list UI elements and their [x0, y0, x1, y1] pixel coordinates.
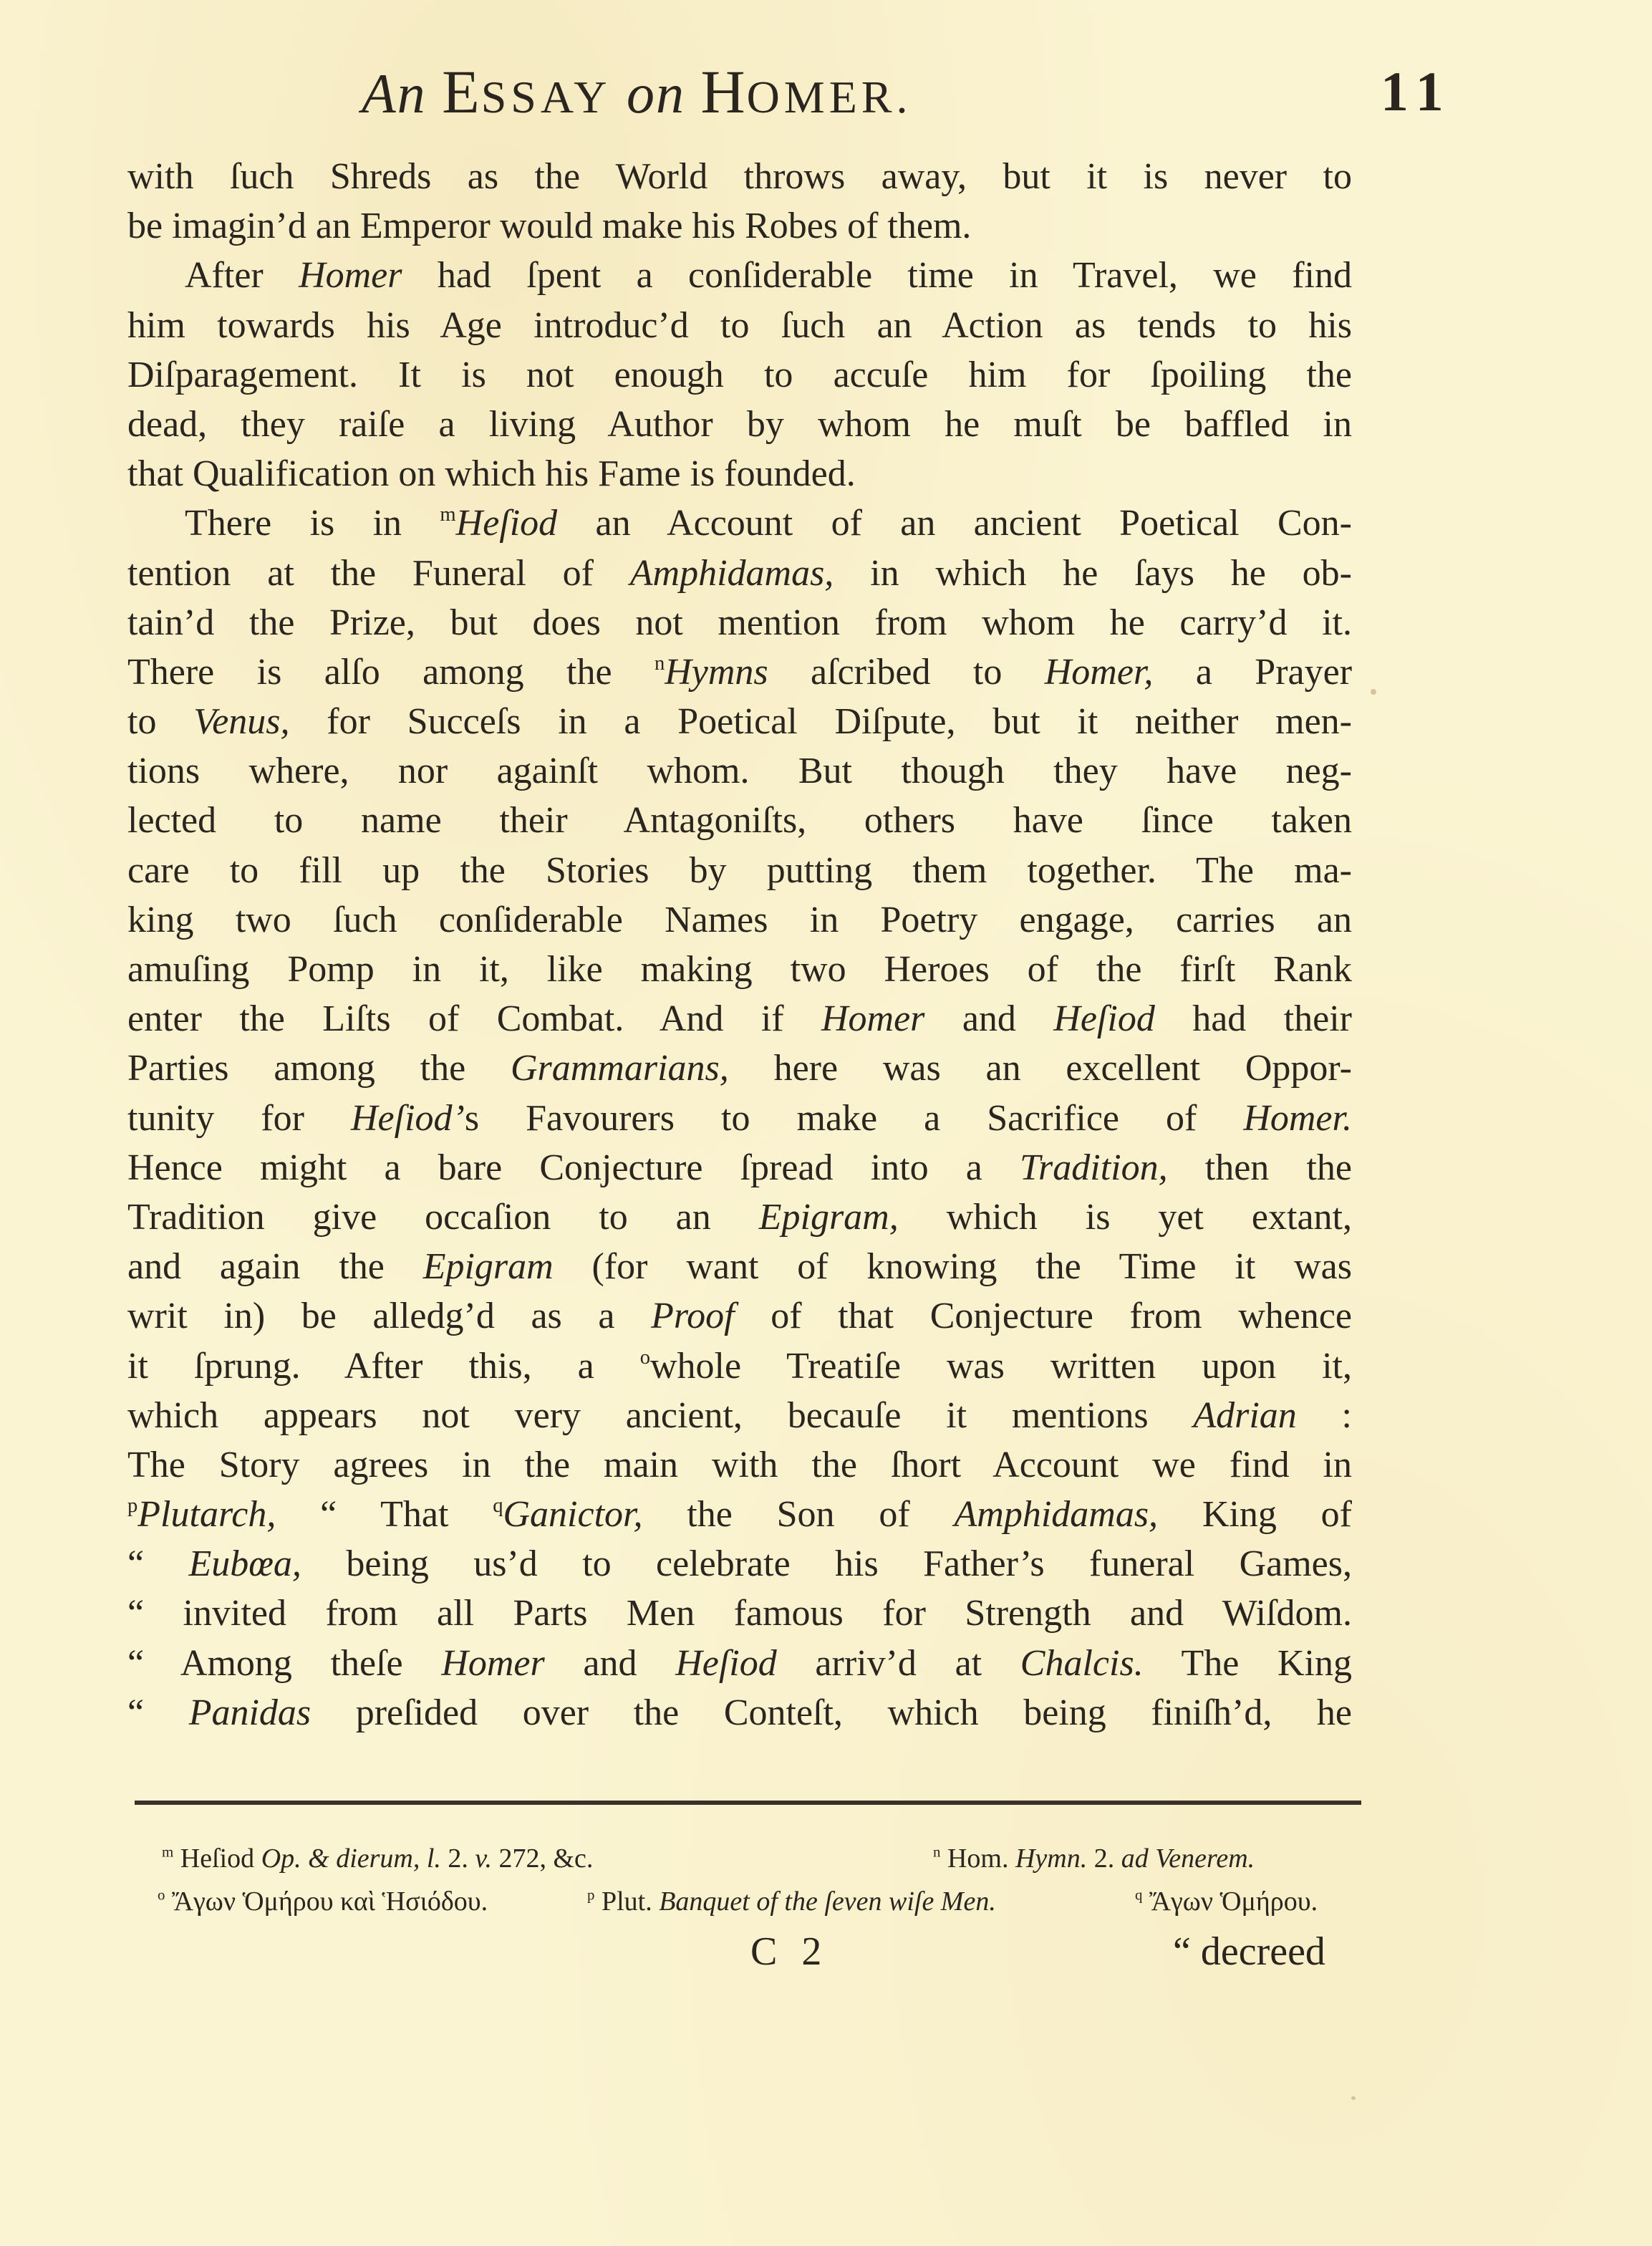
footnote-m: m Heſiod Op. & dierum, l. 2. v. 272, &c.	[162, 1837, 593, 1880]
italic-text: Op.	[261, 1843, 301, 1874]
italic-text: Hymn.	[1015, 1843, 1087, 1874]
text-line: with ſuch Shreds as the World throws awa…	[127, 152, 1352, 201]
footnote-marker: p	[127, 1495, 137, 1517]
italic-text: l.	[427, 1843, 441, 1874]
title-omer: OMER.	[747, 72, 912, 122]
running-head: An ESSAY on HOMER. 11	[0, 56, 1652, 127]
footnote-marker: o	[640, 1346, 650, 1368]
text-line: The Story agrees in the main with the ſh…	[127, 1440, 1352, 1490]
text-line: amuſing Pomp in it, like making two Hero…	[127, 945, 1352, 994]
footnote-marker: p	[587, 1886, 594, 1903]
text-line: “ Eubœa, being us’d to celebrate his Fat…	[127, 1539, 1352, 1589]
italic-text: & dierum,	[308, 1843, 420, 1874]
italic-text: Homer	[441, 1643, 544, 1684]
text-line: dead, they raiſe a living Author by whom…	[127, 400, 1352, 449]
catchword: “ decreed	[1173, 1927, 1325, 1977]
footnotes: m Heſiod Op. & dierum, l. 2. v. 272, &c.…	[129, 1837, 1368, 1923]
footnote-row-2: o Ἄγων Ὁμήρου καὶ Ἡσιόδου. p Plut. Banqu…	[129, 1880, 1368, 1923]
text-line: “ Among theſe Homer and Heſiod arriv’d a…	[127, 1639, 1352, 1688]
italic-text: Plutarch,	[137, 1494, 276, 1535]
italic-text: Heſiod	[675, 1643, 777, 1684]
text-line: enter the Liſts of Combat. And if Homer …	[127, 994, 1352, 1044]
text-line: it ſprung. After this, a owhole Treatiſe…	[127, 1341, 1352, 1391]
text-line: tunity for Heſiod’s Favourers to make a …	[127, 1094, 1352, 1143]
text-line: writ in) be alledg’d as a Proof of that …	[127, 1291, 1352, 1341]
running-title: An ESSAY on HOMER.	[362, 56, 912, 133]
italic-text: Banquet of the ſeven wiſe Men.	[659, 1886, 996, 1917]
italic-text: Panidas	[189, 1692, 311, 1733]
title-on: on	[627, 62, 685, 125]
text-line: him towards his Age introduc’d to ſuch a…	[127, 301, 1352, 350]
paper-speck	[1371, 689, 1376, 695]
page-number: 11	[1381, 56, 1454, 127]
italic-text: Proof	[651, 1296, 735, 1336]
paper-speck	[1351, 2096, 1356, 2100]
text-line: Parties among the Grammarians, here was …	[127, 1044, 1352, 1093]
text-line: king two ſuch conſiderable Names in Poet…	[127, 895, 1352, 945]
title-h: H	[700, 57, 746, 126]
italic-text: Homer	[299, 255, 402, 296]
footnote-marker: q	[493, 1495, 503, 1517]
text-line: care to fill up the Stories by putting t…	[127, 846, 1352, 895]
text-line: tention at the Funeral of Amphidamas, in…	[127, 549, 1352, 598]
title-e: E	[442, 57, 481, 126]
text-line: “ Panidas preſided over the Conteſt, whi…	[127, 1688, 1352, 1737]
italic-text: Hymns	[665, 652, 768, 693]
title-an: An	[362, 62, 427, 125]
text-line: Hence might a bare Conjecture ſpread int…	[127, 1143, 1352, 1192]
italic-text: Heſiod’	[351, 1098, 465, 1139]
italic-text: Ganictor,	[503, 1494, 643, 1535]
italic-text: Epigram,	[759, 1197, 899, 1238]
footnote-n: n Hom. Hymn. 2. ad Venerem.	[933, 1837, 1255, 1880]
footnote-marker: m	[162, 1843, 173, 1860]
signature-mark: C 2	[750, 1927, 829, 1977]
footnote-rule	[135, 1801, 1361, 1805]
italic-text: Chalcis.	[1020, 1643, 1144, 1684]
text-line: There is alſo among the nHymns aſcribed …	[127, 647, 1352, 697]
text-line: pPlutarch, “ That qGanictor, the Son of …	[127, 1490, 1352, 1539]
italic-text: Epigram	[423, 1246, 554, 1287]
italic-text: Amphidamas,	[630, 553, 834, 594]
text-line: tions where, nor againſt whom. But thoug…	[127, 746, 1352, 796]
text-line: be imagin’d an Emperor would make his Ro…	[127, 201, 1352, 251]
footnote-marker: n	[654, 652, 665, 675]
footnote-q: q Ἄγων Ὁμήρου.	[1135, 1880, 1318, 1923]
italic-text: Homer.	[1243, 1098, 1352, 1139]
italic-text: Heſiod	[1053, 998, 1155, 1039]
italic-text: Tradition,	[1020, 1147, 1168, 1188]
italic-text: Homer	[821, 998, 924, 1039]
italic-text: v.	[475, 1843, 492, 1874]
book-page: An ESSAY on HOMER. 11 with ſuch Shreds a…	[0, 0, 1652, 2246]
footnote-o: o Ἄγων Ὁμήρου καὶ Ἡσιόδου.	[158, 1880, 488, 1923]
text-line: There is in mHeſiod an Account of an anc…	[127, 498, 1352, 548]
text-line: “ invited from all Parts Men famous for …	[127, 1589, 1352, 1638]
text-line: to Venus, for Succeſs in a Poetical Diſp…	[127, 697, 1352, 746]
title-ssay: SSAY	[481, 72, 612, 122]
text-line: Tradition give occaſion to an Epigram, w…	[127, 1192, 1352, 1242]
text-line: and again the Epigram (for want of knowi…	[127, 1242, 1352, 1291]
italic-text: Grammarians,	[511, 1048, 729, 1089]
footnote-marker: q	[1135, 1886, 1142, 1903]
italic-text: Homer,	[1045, 652, 1154, 693]
italic-text: Amphidamas,	[955, 1494, 1159, 1535]
text-line: tain’d the Prize, but does not mention f…	[127, 598, 1352, 647]
italic-text: Adrian	[1193, 1395, 1296, 1436]
footnote-marker: m	[440, 503, 455, 526]
text-line: lected to name their Antagoniſts, others…	[127, 796, 1352, 845]
italic-text: Heſiod	[456, 503, 558, 544]
footnote-marker: n	[933, 1843, 940, 1860]
footnote-p: p Plut. Banquet of the ſeven wiſe Men.	[587, 1880, 996, 1923]
text-line: Diſparagement. It is not enough to accuſ…	[127, 350, 1352, 400]
text-line: which appears not very ancient, becauſe …	[127, 1391, 1352, 1440]
text-line: After Homer had ſpent a conſiderable tim…	[127, 251, 1352, 300]
italic-text: Venus,	[193, 701, 289, 742]
footnote-row-1: m Heſiod Op. & dierum, l. 2. v. 272, &c.…	[129, 1837, 1368, 1880]
text-line: that Qualification on which his Fame is …	[127, 449, 1352, 498]
footnote-marker: o	[158, 1886, 165, 1903]
body-text: with ſuch Shreds as the World throws awa…	[127, 152, 1352, 1737]
italic-text: Eubœa,	[188, 1543, 301, 1584]
italic-text: ad Venerem.	[1121, 1843, 1255, 1874]
